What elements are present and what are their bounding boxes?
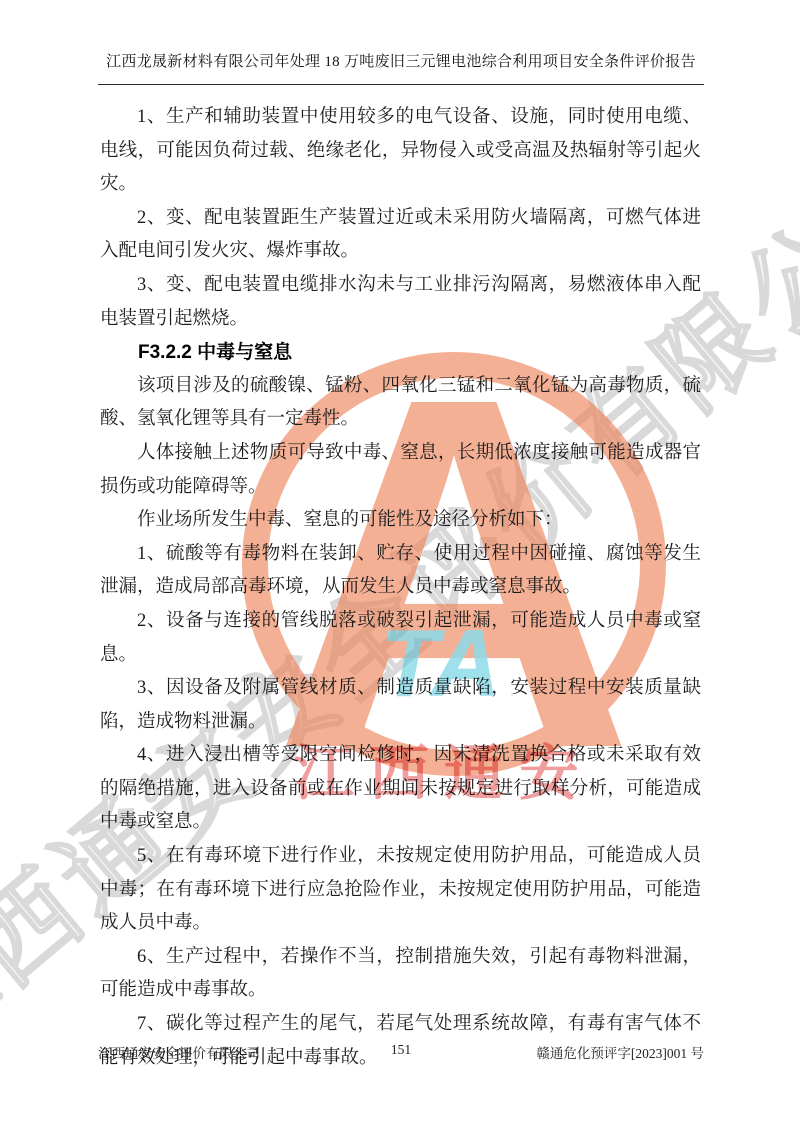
section-heading: F3.2.2 中毒与窒息 (100, 336, 701, 370)
report-page: 江西通安安全评价有限公司 A TA 江西通安 江西龙晟新材料有限公司年处理 18… (0, 0, 800, 1131)
paragraph: 1、硫酸等有毒物料在装卸、贮存、使用过程中因碰撞、腐蚀等发生泄漏，造成局部高毒环… (100, 538, 701, 605)
paragraph: 5、在有毒环境下进行作业，未按规定使用防护用品，可能造成人员中毒；在有毒环境下进… (100, 840, 701, 941)
paragraph: 3、因设备及附属管线材质、制造质量缺陷，安装过程中安装质量缺陷，造成物料泄漏。 (100, 672, 701, 739)
paragraph: 6、生产过程中，若操作不当，控制措施失效，引起有毒物料泄漏，可能造成中毒事故。 (100, 941, 701, 1008)
page-footer: 江西通安安全评价有限公司 151 赣通危化预评字[2023]001 号 (98, 1042, 704, 1062)
paragraph: 人体接触上述物质可导致中毒、窒息，长期低浓度接触可能造成器官损伤或功能障碍等。 (100, 437, 701, 504)
paragraph: 该项目涉及的硫酸镍、锰粉、四氧化三锰和二氧化锰为高毒物质，硫酸、氢氧化锂等具有一… (100, 370, 701, 437)
paragraph: 3、变、配电装置电缆排水沟未与工业排污沟隔离，易燃液体串入配电装置引起燃烧。 (100, 269, 701, 336)
paragraph: 2、设备与连接的管线脱落或破裂引起泄漏，可能造成人员中毒或窒息。 (100, 605, 701, 672)
footer-page-number: 151 (98, 1042, 704, 1058)
paragraph: 1、生产和辅助装置中使用较多的电气设备、设施，同时使用电缆、电线，可能因负荷过载… (100, 101, 701, 202)
document-body: 1、生产和辅助装置中使用较多的电气设备、设施，同时使用电缆、电线，可能因负荷过载… (100, 101, 701, 1075)
header-divider (98, 84, 704, 85)
page-header-title: 江西龙晟新材料有限公司年处理 18 万吨废旧三元锂电池综合利用项目安全条件评价报… (98, 50, 704, 71)
paragraph: 作业场所发生中毒、窒息的可能性及途径分析如下： (100, 504, 701, 538)
paragraph: 2、变、配电装置距生产装置过近或未采用防火墙隔离，可燃气体进入配电间引发火灾、爆… (100, 202, 701, 269)
paragraph: 4、进入浸出槽等受限空间检修时，因未清洗置换合格或未采取有效的隔绝措施，进入设备… (100, 739, 701, 840)
